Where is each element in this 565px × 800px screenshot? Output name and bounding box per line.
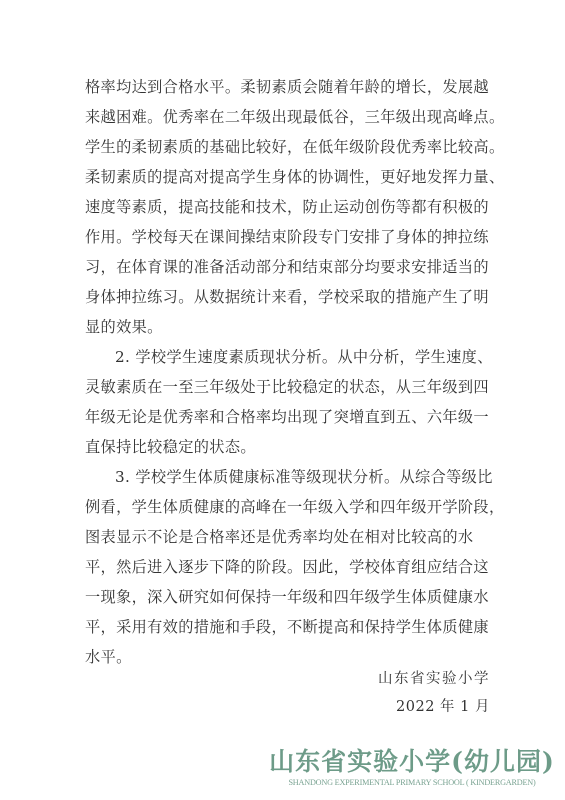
section-heading-speed: 2. 学校学生速度素质现状分析。从中分析，学生速度、 (85, 342, 490, 372)
document-page: 格率均达到合格水平。柔韧素质会随着年龄的增长，发展越 来越困难。优秀率在二年级出… (0, 0, 565, 800)
signature-organization: 山东省实验小学 (340, 667, 490, 688)
signature-date: 2022 年 1 月 (340, 695, 490, 716)
text-line: 平，采用有效的措施和手段，不断提高和保持学生体质健康 (85, 612, 490, 642)
text-line: 例看，学生体质健康的高峰在一年级入学和四年级开学阶段， (85, 492, 490, 522)
text-line: 格率均达到合格水平。柔韧素质会随着年龄的增长，发展越 (85, 72, 490, 102)
section-heading-health-standard: 3. 学校学生体质健康标准等级现状分析。从综合等级比 (85, 462, 490, 492)
text-line: 平，然后进入逐步下降的阶段。因此，学校体育组应结合这 (85, 552, 490, 582)
text-line: 图表显示不论是合格率还是优秀率均处在相对比较高的水 (85, 522, 490, 552)
text-line: 速度等素质，提高技能和技术，防止运动创伤等都有积极的 (85, 192, 490, 222)
text-line: 身体抻拉练习。从数据统计来看，学校采取的措施产生了明 (85, 282, 490, 312)
school-logo-chinese: 山东省实验小学(幼儿园) (262, 747, 562, 777)
text-line: 柔韧素质的提高对提高学生身体的协调性，更好地发挥力量、 (85, 162, 490, 192)
text-line: 年级无论是优秀率和合格率均出现了突增直到五、六年级一 (85, 402, 490, 432)
text-line: 习，在体育课的准备活动部分和结束部分均要求安排适当的 (85, 252, 490, 282)
text-line: 显的效果。 (85, 312, 490, 342)
text-line: 学生的柔韧素质的基础比较好，在低年级阶段优秀率比较高。 (85, 132, 490, 162)
text-line: 来越困难。优秀率在二年级出现最低谷，三年级出现高峰点。 (85, 102, 490, 132)
text-line: 灵敏素质在一至三年级处于比较稳定的状态，从三年级到四 (85, 372, 490, 402)
text-line: 作用。学校每天在课间操结束阶段专门安排了身体的抻拉练 (85, 222, 490, 252)
text-line: 直保持比较稳定的状态。 (85, 432, 490, 462)
school-logo-english: SHANDONG EXPERIMENTAL PRIMARY SCHOOL ( K… (262, 777, 562, 789)
text-line: 一现象，深入研究如何保持一年级和四年级学生体质健康水 (85, 582, 490, 612)
document-body: 格率均达到合格水平。柔韧素质会随着年龄的增长，发展越 来越困难。优秀率在二年级出… (85, 72, 490, 672)
school-logo: 山东省实验小学(幼儿园) SHANDONG EXPERIMENTAL PRIMA… (262, 747, 562, 789)
